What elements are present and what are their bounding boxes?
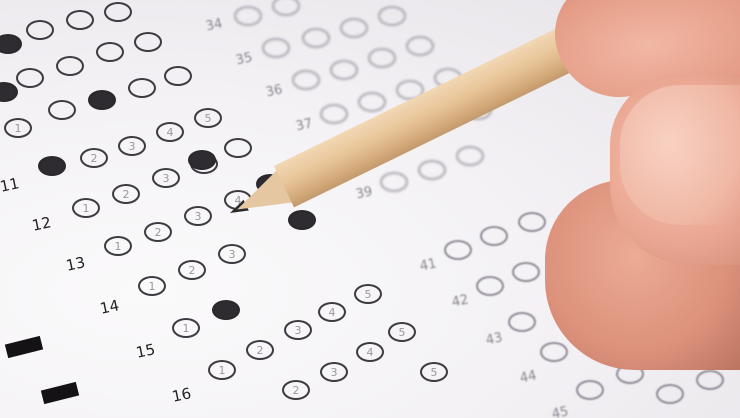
answer-bubble[interactable] [380, 172, 408, 192]
question-number: 44 [519, 368, 538, 386]
question-number: 12 [30, 213, 52, 235]
question-number: 45 [551, 404, 570, 418]
answer-bubble[interactable] [96, 42, 124, 62]
answer-bubble[interactable]: 3 [152, 168, 180, 188]
answer-bubble[interactable]: 3 [118, 136, 146, 156]
answer-bubble[interactable]: 1 [104, 236, 132, 256]
answer-bubble[interactable] [656, 384, 684, 404]
answer-bubble[interactable] [340, 18, 368, 38]
answer-bubble[interactable]: 1 [72, 198, 100, 218]
answer-bubble[interactable] [48, 100, 76, 120]
answer-bubble[interactable] [224, 138, 252, 158]
answer-bubble[interactable] [262, 38, 290, 58]
timing-mark [5, 336, 43, 358]
answer-bubble[interactable]: 1 [138, 276, 166, 296]
answer-bubble[interactable]: 2 [178, 260, 206, 280]
answer-bubble[interactable] [444, 240, 472, 260]
question-number: 41 [419, 256, 438, 274]
question-number: 37 [295, 116, 314, 134]
answer-bubble[interactable] [418, 160, 446, 180]
answer-bubble[interactable] [540, 342, 568, 362]
question-number: 42 [451, 292, 470, 310]
answer-bubble[interactable] [302, 28, 330, 48]
answer-bubble[interactable]: 5 [194, 108, 222, 128]
answer-bubble[interactable] [456, 146, 484, 166]
question-number: 34 [205, 16, 224, 34]
filled-bubble[interactable] [188, 150, 216, 170]
answer-bubble[interactable] [508, 312, 536, 332]
answer-bubble[interactable] [134, 32, 162, 52]
answer-bubble[interactable]: 4 [156, 122, 184, 142]
answer-bubble[interactable] [476, 276, 504, 296]
answer-bubble[interactable]: 4 [318, 302, 346, 322]
question-number: 36 [265, 82, 284, 100]
answer-sheet-photo: 11 12 13 14 15 16 1 2 3 4 5 1 2 3 4 1 2 … [0, 0, 740, 418]
answer-bubble[interactable]: 2 [282, 380, 310, 400]
answer-bubble[interactable] [320, 104, 348, 124]
answer-bubble[interactable] [66, 10, 94, 30]
answer-bubble[interactable]: 5 [354, 284, 382, 304]
answer-bubble[interactable]: 3 [320, 362, 348, 382]
answer-bubble[interactable]: 2 [112, 184, 140, 204]
question-number: 13 [64, 253, 86, 275]
answer-bubble[interactable] [480, 226, 508, 246]
answer-bubble[interactable]: 3 [184, 206, 212, 226]
answer-bubble[interactable] [518, 212, 546, 232]
answer-bubble[interactable] [56, 56, 84, 76]
filled-bubble[interactable] [88, 90, 116, 110]
answer-bubble[interactable]: 2 [144, 222, 172, 242]
filled-bubble[interactable] [0, 82, 18, 102]
answer-bubble[interactable] [330, 60, 358, 80]
answer-bubble[interactable] [128, 78, 156, 98]
question-number: 43 [485, 330, 504, 348]
question-number: 35 [235, 50, 254, 68]
answer-bubble[interactable] [164, 66, 192, 86]
timing-mark [41, 382, 79, 404]
answer-bubble[interactable] [512, 262, 540, 282]
filled-bubble[interactable] [212, 300, 240, 320]
answer-bubble[interactable] [26, 20, 54, 40]
answer-bubble[interactable]: 1 [208, 360, 236, 380]
answer-bubble[interactable]: 1 [172, 318, 200, 338]
answer-bubble[interactable]: 5 [388, 322, 416, 342]
answer-bubble[interactable] [16, 68, 44, 88]
answer-bubble[interactable]: 1 [4, 118, 32, 138]
answer-bubble[interactable]: 2 [246, 340, 274, 360]
answer-bubble[interactable] [406, 36, 434, 56]
question-number: 15 [134, 340, 156, 362]
answer-bubble[interactable]: 3 [284, 320, 312, 340]
answer-bubble[interactable] [104, 2, 132, 22]
answer-bubble[interactable] [292, 70, 320, 90]
question-number: 14 [98, 296, 120, 318]
filled-bubble[interactable] [288, 210, 316, 230]
filled-bubble[interactable] [0, 34, 22, 54]
answer-bubble[interactable] [358, 92, 386, 112]
filled-bubble[interactable] [38, 156, 66, 176]
answer-bubble[interactable] [234, 6, 262, 26]
question-number: 39 [355, 184, 374, 202]
thumbnail [620, 85, 740, 225]
answer-bubble[interactable]: 3 [218, 244, 246, 264]
answer-bubble[interactable]: 4 [356, 342, 384, 362]
answer-bubble[interactable] [576, 380, 604, 400]
answer-bubble[interactable] [378, 6, 406, 26]
question-number: 16 [170, 384, 192, 406]
answer-bubble[interactable] [272, 0, 300, 16]
answer-bubble[interactable] [368, 48, 396, 68]
answer-bubble[interactable]: 5 [420, 362, 448, 382]
answer-bubble[interactable] [696, 370, 724, 390]
question-number: 11 [0, 174, 21, 196]
answer-bubble[interactable]: 2 [80, 148, 108, 168]
